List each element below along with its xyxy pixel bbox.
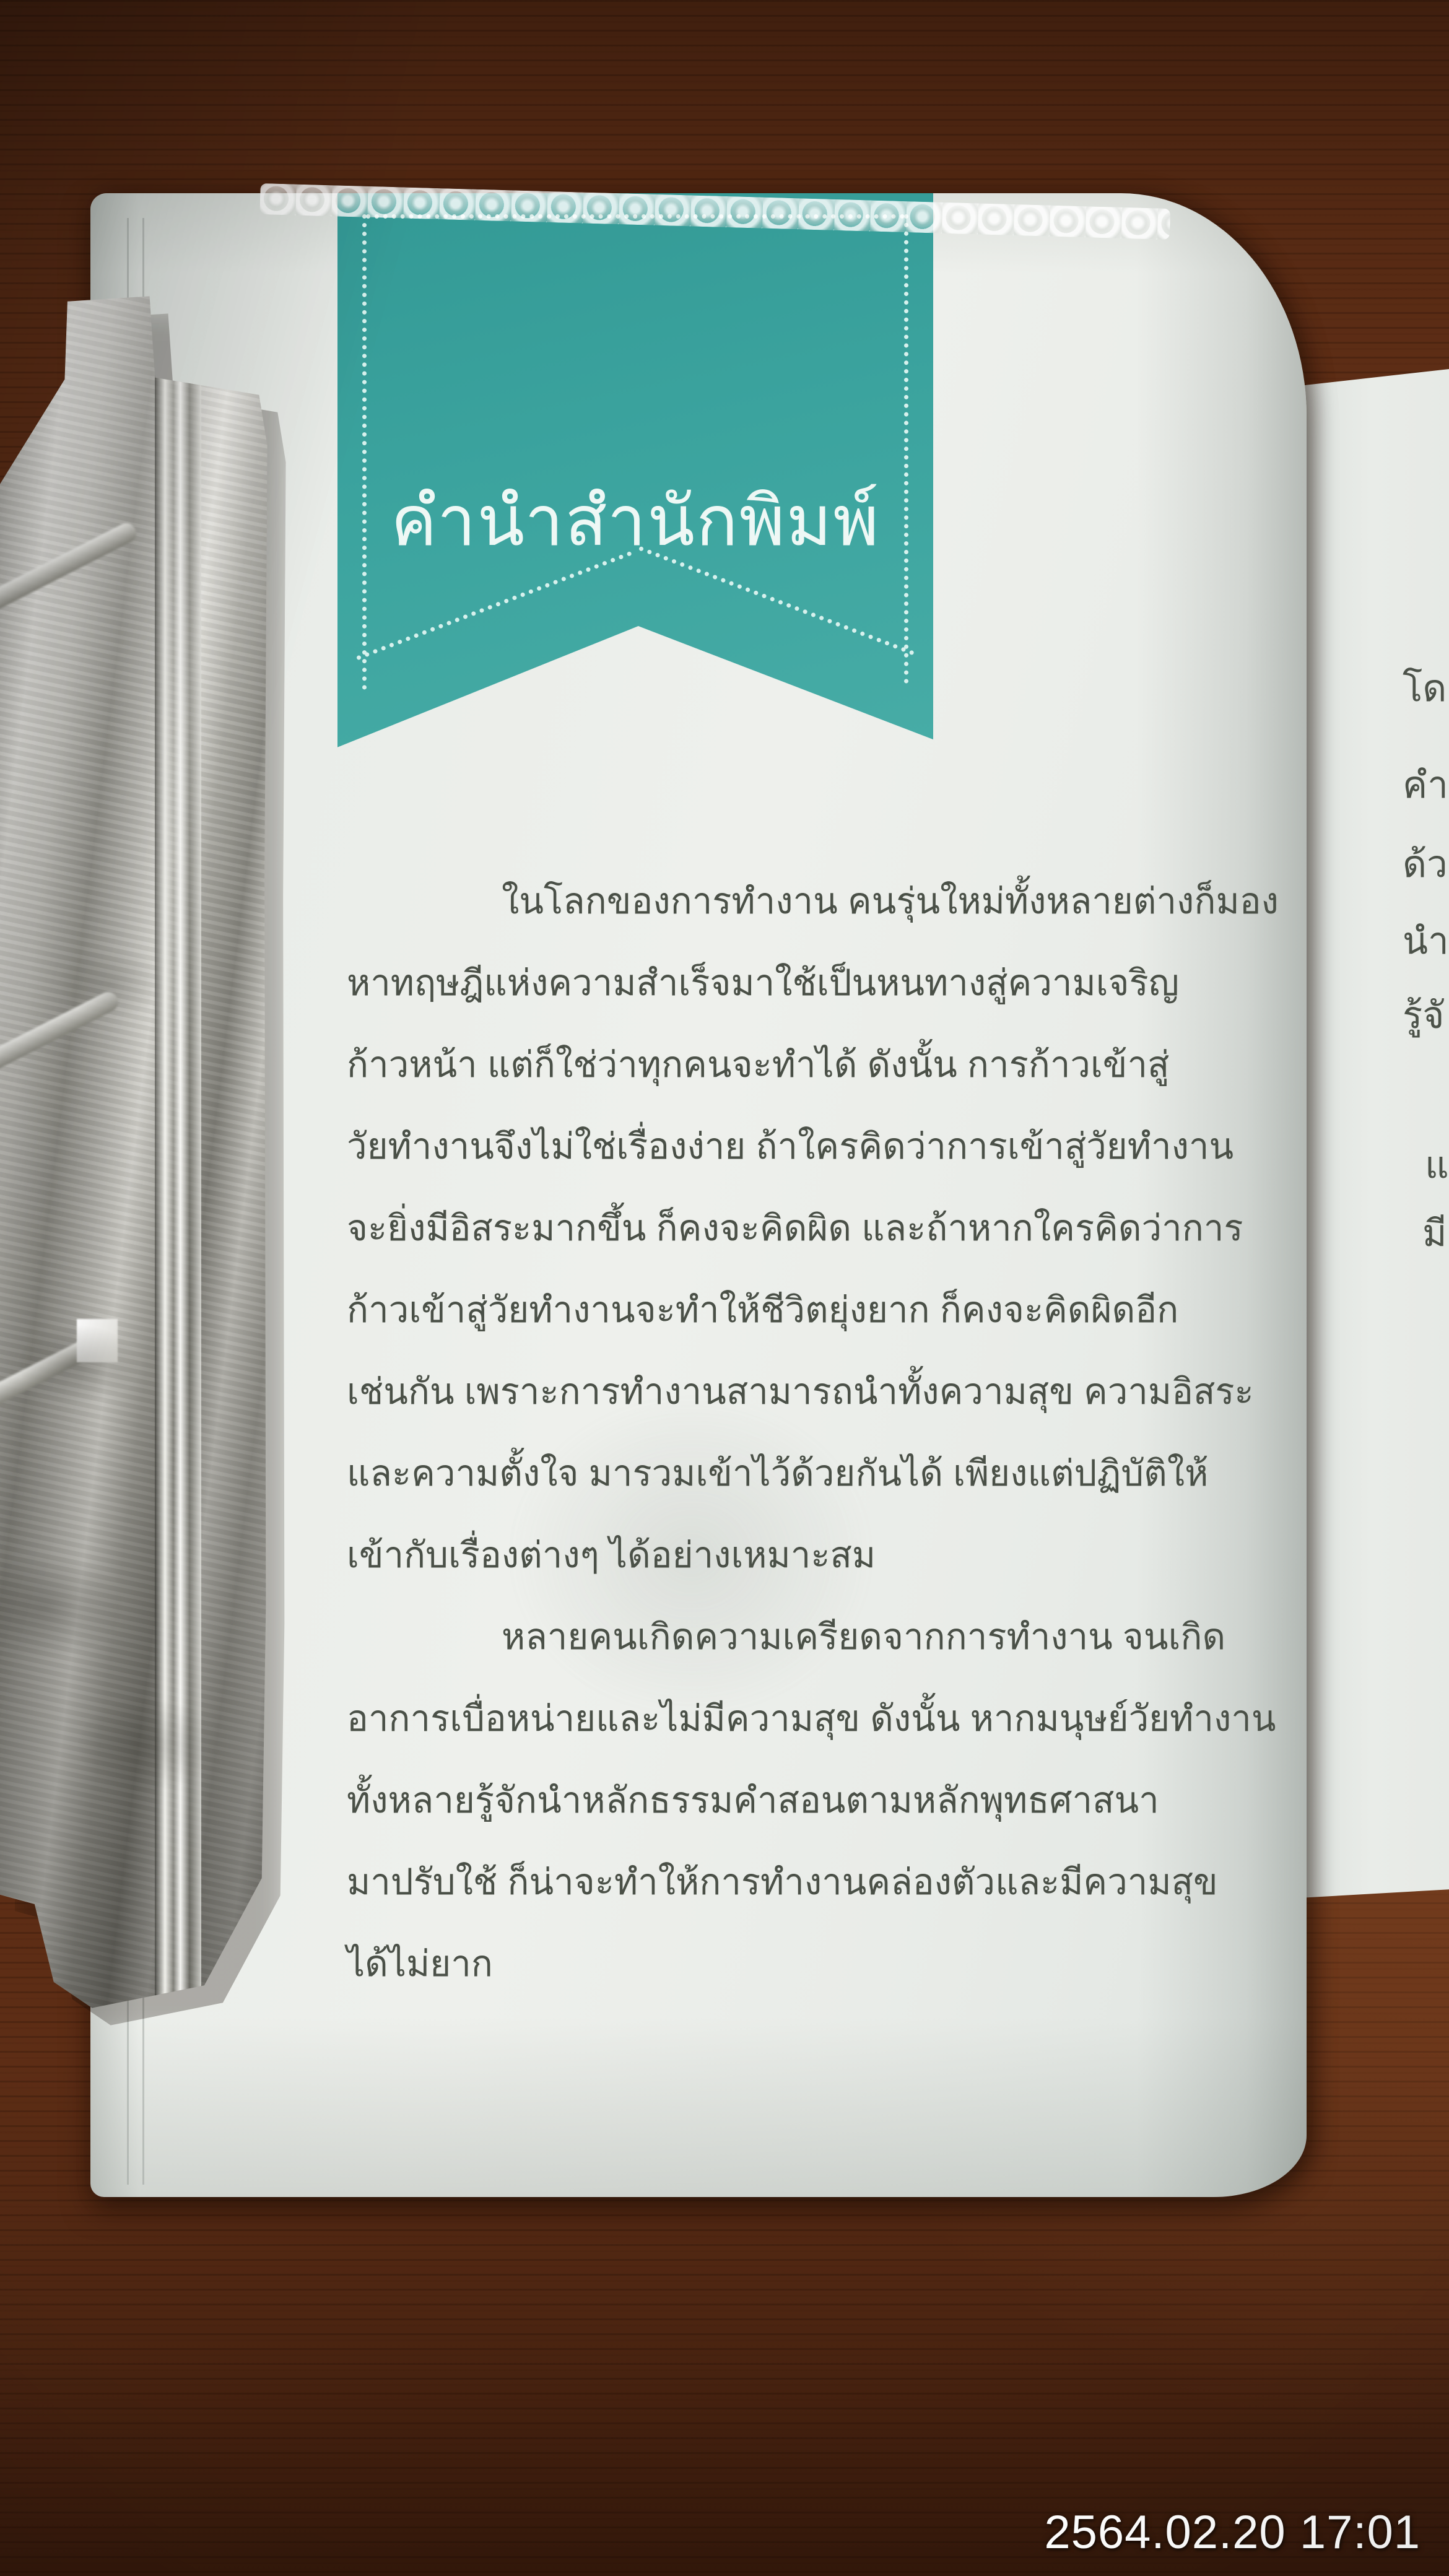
right-page-text-fragment: ด้ว <box>1403 835 1448 894</box>
right-page-text-fragment: รู้จั <box>1403 986 1444 1045</box>
banner-dotted-border-right <box>904 214 908 684</box>
text-line: หลายคนเกิดความเครียดจากการทำงาน จนเกิด <box>347 1596 1307 1678</box>
right-page-text-fragment: โดย <box>1403 659 1449 718</box>
text-line: ก้าวหน้า แต่ก็ใช่ว่าทุกคนจะทำได้ ดังนั้น… <box>347 1024 1307 1106</box>
page-title: คำนำสำนักพิมพ์ <box>337 466 933 576</box>
text-line: อาการเบื่อหน่ายและไม่มีความสุข ดังนั้น ห… <box>347 1678 1307 1760</box>
metal-clip <box>0 291 270 2022</box>
text-line: วัยทำงานจึงไม่ใช่เรื่องง่าย ถ้าใครคิดว่า… <box>347 1106 1307 1188</box>
book-photo: โดย คำ ด้ว นำ รู้จั แ มี คำนำสำนักพิมพ์ … <box>0 0 1449 2576</box>
clip-tarnish-mottle <box>0 291 270 2022</box>
preface-ribbon-banner: คำนำสำนักพิมพ์ <box>337 193 933 752</box>
text-line: เช่นกัน เพราะการทำงานสามารถนำทั้งความสุข… <box>347 1351 1307 1433</box>
text-line: ได้ไม่ยาก <box>347 1923 1307 2005</box>
text-line: จะยิ่งมีอิสระมากขึ้น ก็คงจะคิดผิด และถ้า… <box>347 1188 1307 1269</box>
text-line: และความตั้งใจ มารวมเข้าไว้ด้วยกันได้ เพี… <box>347 1433 1307 1515</box>
banner-dotted-border-left <box>362 214 367 690</box>
text-line: หาทฤษฎีแห่งความสำเร็จมาใช้เป็นหนทางสู่คว… <box>347 942 1307 1024</box>
text-line: ทั้งหลายรู้จักนำหลักธรรมคำสอนตามหลักพุทธ… <box>347 1760 1307 1842</box>
text-line: ในโลกของการทำงาน คนรุ่นใหม่ทั้งหลายต่างก… <box>347 861 1307 942</box>
right-page-text-fragment: คำ <box>1403 755 1448 814</box>
preface-body-text: ในโลกของการทำงาน คนรุ่นใหม่ทั้งหลายต่างก… <box>347 861 1307 2005</box>
right-page-text-fragment: มี <box>1422 1204 1447 1263</box>
right-page-text-fragment: แ <box>1425 1136 1449 1194</box>
camera-timestamp: 2564.02.20 17:01 <box>1044 2505 1421 2559</box>
right-page-text-fragment: นำ <box>1403 912 1449 970</box>
text-line: ก้าวเข้าสู่วัยทำงานจะทำให้ชีวิตยุ่งยาก ก… <box>347 1269 1307 1351</box>
text-line: มาปรับใช้ ก็น่าจะทำให้การทำงานคล่องตัวแล… <box>347 1842 1307 1923</box>
text-line: เข้ากับเรื่องต่างๆ ได้อย่างเหมาะสม <box>347 1515 1307 1596</box>
